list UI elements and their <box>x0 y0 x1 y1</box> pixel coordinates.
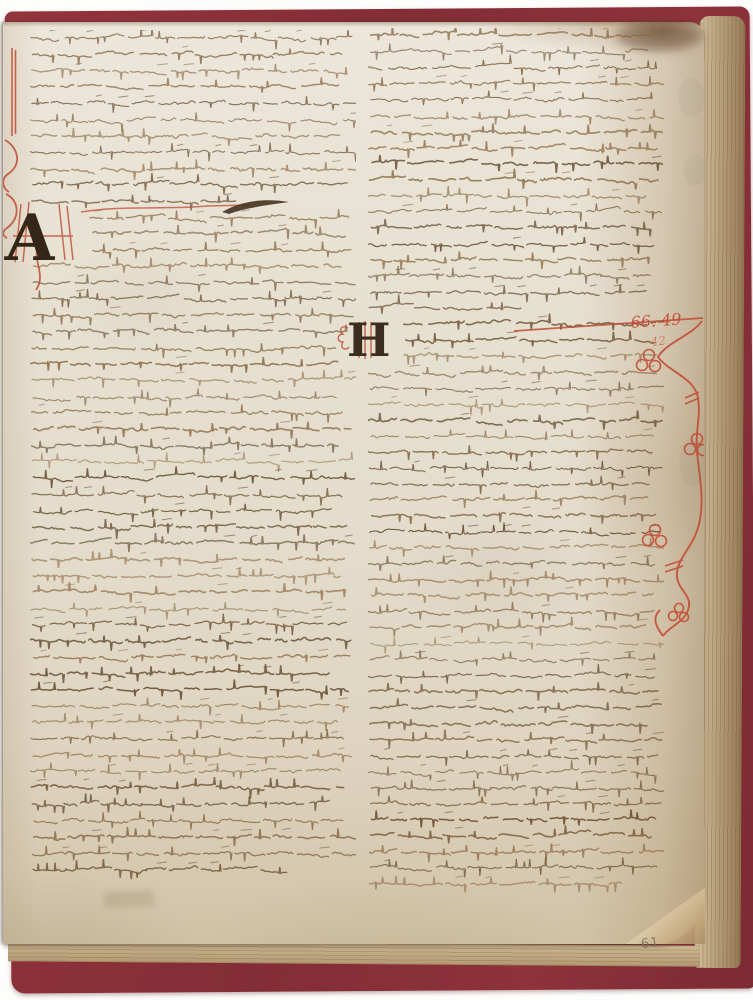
show-through-marks <box>678 77 704 486</box>
margin-ruling-red <box>12 48 16 136</box>
folio-number: 61 <box>640 935 660 952</box>
offset-ink-smudge <box>104 890 155 908</box>
manuscript-photo: A H 66. 49 42 <box>0 0 753 1000</box>
text-column-left <box>30 30 356 894</box>
text-column-right <box>368 28 664 908</box>
parchment-page: A H 66. 49 42 <box>3 22 704 944</box>
